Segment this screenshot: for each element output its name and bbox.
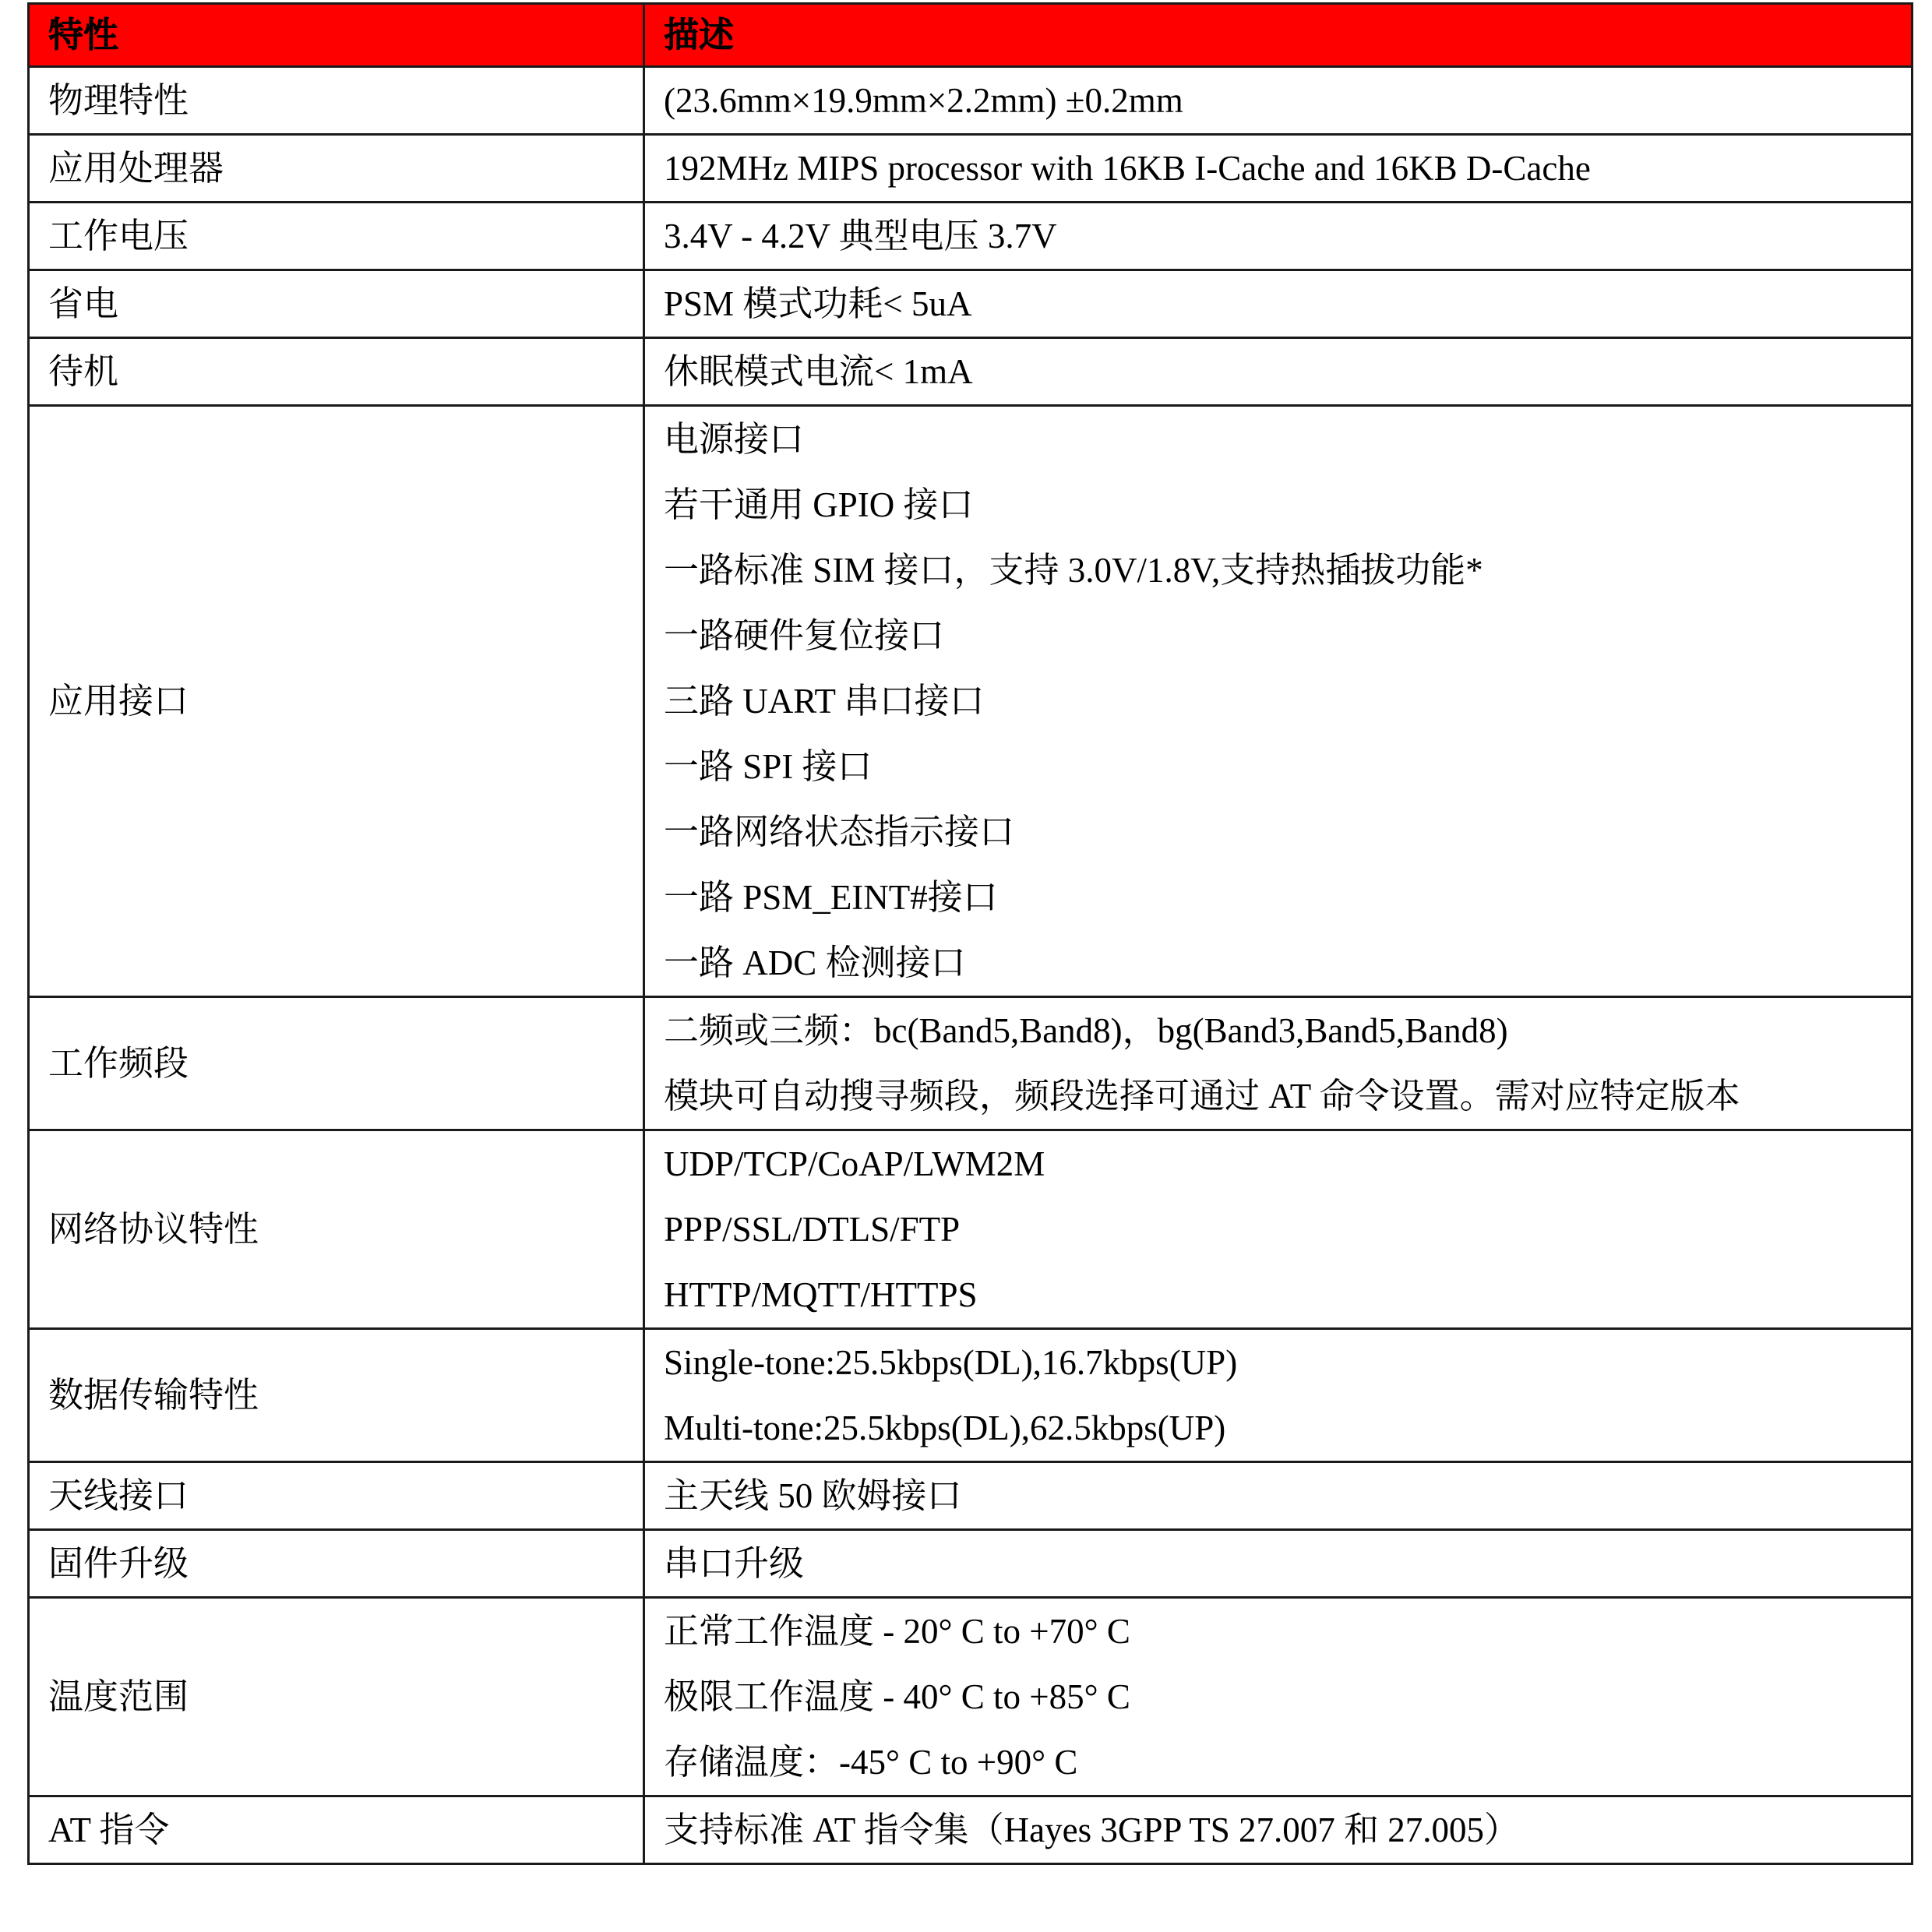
- row-value: 支持标准 AT 指令集（Hayes 3GPP TS 27.007 和 27.00…: [644, 1796, 1913, 1864]
- row-value: 休眠模式电流< 1mA: [644, 338, 1913, 406]
- table-row: 物理特性 (23.6mm×19.9mm×2.2mm) ±0.2mm: [29, 67, 1913, 135]
- row-label: 工作频段: [29, 997, 644, 1130]
- row-value-line: 3.4V - 4.2V 典型电压 3.7V: [664, 203, 1895, 269]
- header-feature: 特性: [29, 4, 644, 67]
- row-label: 待机: [29, 338, 644, 406]
- row-value-line: 模块可自动搜寻频段，频段选择可通过 AT 命令设置。需对应特定版本: [664, 1063, 1895, 1129]
- row-label: AT 指令: [29, 1796, 644, 1864]
- row-value: UDP/TCP/CoAP/LWM2M PPP/SSL/DTLS/FTP HTTP…: [644, 1130, 1913, 1329]
- table-row: 应用处理器 192MHz MIPS processor with 16KB I-…: [29, 135, 1913, 203]
- table-row: 工作频段 二频或三频：bc(Band5,Band8)，bg(Band3,Band…: [29, 997, 1913, 1130]
- table-row: 网络协议特性 UDP/TCP/CoAP/LWM2M PPP/SSL/DTLS/F…: [29, 1130, 1913, 1329]
- row-value: PSM 模式功耗< 5uA: [644, 270, 1913, 338]
- row-label: 省电: [29, 270, 644, 338]
- row-value: 192MHz MIPS processor with 16KB I-Cache …: [644, 135, 1913, 203]
- row-label: 固件升级: [29, 1530, 644, 1598]
- table-row: 数据传输特性 Single-tone:25.5kbps(DL),16.7kbps…: [29, 1329, 1913, 1462]
- row-value-line: (23.6mm×19.9mm×2.2mm) ±0.2mm: [664, 68, 1895, 133]
- row-value-line: 支持标准 AT 指令集（Hayes 3GPP TS 27.007 和 27.00…: [664, 1797, 1895, 1863]
- row-label: 物理特性: [29, 67, 644, 135]
- table-row: AT 指令 支持标准 AT 指令集（Hayes 3GPP TS 27.007 和…: [29, 1796, 1913, 1864]
- row-value-line: 二频或三频：bc(Band5,Band8)，bg(Band3,Band5,Ban…: [664, 998, 1895, 1063]
- row-label: 应用接口: [29, 406, 644, 997]
- row-label: 天线接口: [29, 1462, 644, 1530]
- row-label: 网络协议特性: [29, 1130, 644, 1329]
- row-value-line: 一路网络状态指示接口: [664, 799, 1895, 865]
- row-value-line: 三路 UART 串口接口: [664, 668, 1895, 734]
- row-value-line: 若干通用 GPIO 接口: [664, 472, 1895, 538]
- row-value: 主天线 50 欧姆接口: [644, 1462, 1913, 1530]
- row-value-line: PSM 模式功耗< 5uA: [664, 271, 1895, 337]
- row-value-line: Multi-tone:25.5kbps(DL),62.5kbps(UP): [664, 1395, 1895, 1461]
- table-row: 省电 PSM 模式功耗< 5uA: [29, 270, 1913, 338]
- row-value: 正常工作温度 - 20° C to +70° C 极限工作温度 - 40° C …: [644, 1598, 1913, 1796]
- row-label: 工作电压: [29, 203, 644, 270]
- row-value-line: 一路 SPI 接口: [664, 734, 1895, 799]
- row-value-line: 休眠模式电流< 1mA: [664, 339, 1895, 404]
- row-value-line: PPP/SSL/DTLS/FTP: [664, 1197, 1895, 1262]
- spec-table: 特性 描述 物理特性 (23.6mm×19.9mm×2.2mm) ±0.2mm …: [27, 2, 1913, 1865]
- row-value: (23.6mm×19.9mm×2.2mm) ±0.2mm: [644, 67, 1913, 135]
- row-label: 应用处理器: [29, 135, 644, 203]
- row-value-line: 一路 ADC 检测接口: [664, 930, 1895, 996]
- row-value-line: 正常工作温度 - 20° C to +70° C: [664, 1599, 1895, 1664]
- row-value-line: Single-tone:25.5kbps(DL),16.7kbps(UP): [664, 1330, 1895, 1395]
- table-row: 待机 休眠模式电流< 1mA: [29, 338, 1913, 406]
- row-value-line: 极限工作温度 - 40° C to +85° C: [664, 1664, 1895, 1729]
- table-row: 温度范围 正常工作温度 - 20° C to +70° C 极限工作温度 - 4…: [29, 1598, 1913, 1796]
- table-row: 固件升级 串口升级: [29, 1530, 1913, 1598]
- table-row: 应用接口 电源接口 若干通用 GPIO 接口 一路标准 SIM 接口，支持 3.…: [29, 406, 1913, 997]
- row-value-line: 一路 PSM_EINT#接口: [664, 865, 1895, 930]
- row-value-line: 电源接口: [664, 407, 1895, 472]
- row-value-line: 一路标准 SIM 接口，支持 3.0V/1.8V,支持热插拔功能*: [664, 538, 1895, 603]
- row-value-line: 一路硬件复位接口: [664, 603, 1895, 668]
- table-row: 工作电压 3.4V - 4.2V 典型电压 3.7V: [29, 203, 1913, 270]
- header-description: 描述: [644, 4, 1913, 67]
- row-value-line: UDP/TCP/CoAP/LWM2M: [664, 1131, 1895, 1197]
- row-value-line: 主天线 50 欧姆接口: [664, 1463, 1895, 1528]
- row-value-line: 串口升级: [664, 1531, 1895, 1596]
- row-value: Single-tone:25.5kbps(DL),16.7kbps(UP) Mu…: [644, 1329, 1913, 1462]
- row-value: 3.4V - 4.2V 典型电压 3.7V: [644, 203, 1913, 270]
- row-value-line: 存储温度：-45° C to +90° C: [664, 1729, 1895, 1795]
- row-label: 数据传输特性: [29, 1329, 644, 1462]
- row-value: 电源接口 若干通用 GPIO 接口 一路标准 SIM 接口，支持 3.0V/1.…: [644, 406, 1913, 997]
- row-value: 二频或三频：bc(Band5,Band8)，bg(Band3,Band5,Ban…: [644, 997, 1913, 1130]
- table-row: 天线接口 主天线 50 欧姆接口: [29, 1462, 1913, 1530]
- row-value: 串口升级: [644, 1530, 1913, 1598]
- row-value-line: 192MHz MIPS processor with 16KB I-Cache …: [664, 136, 1895, 201]
- table-header-row: 特性 描述: [29, 4, 1913, 67]
- row-label: 温度范围: [29, 1598, 644, 1796]
- row-value-line: HTTP/MQTT/HTTPS: [664, 1262, 1895, 1327]
